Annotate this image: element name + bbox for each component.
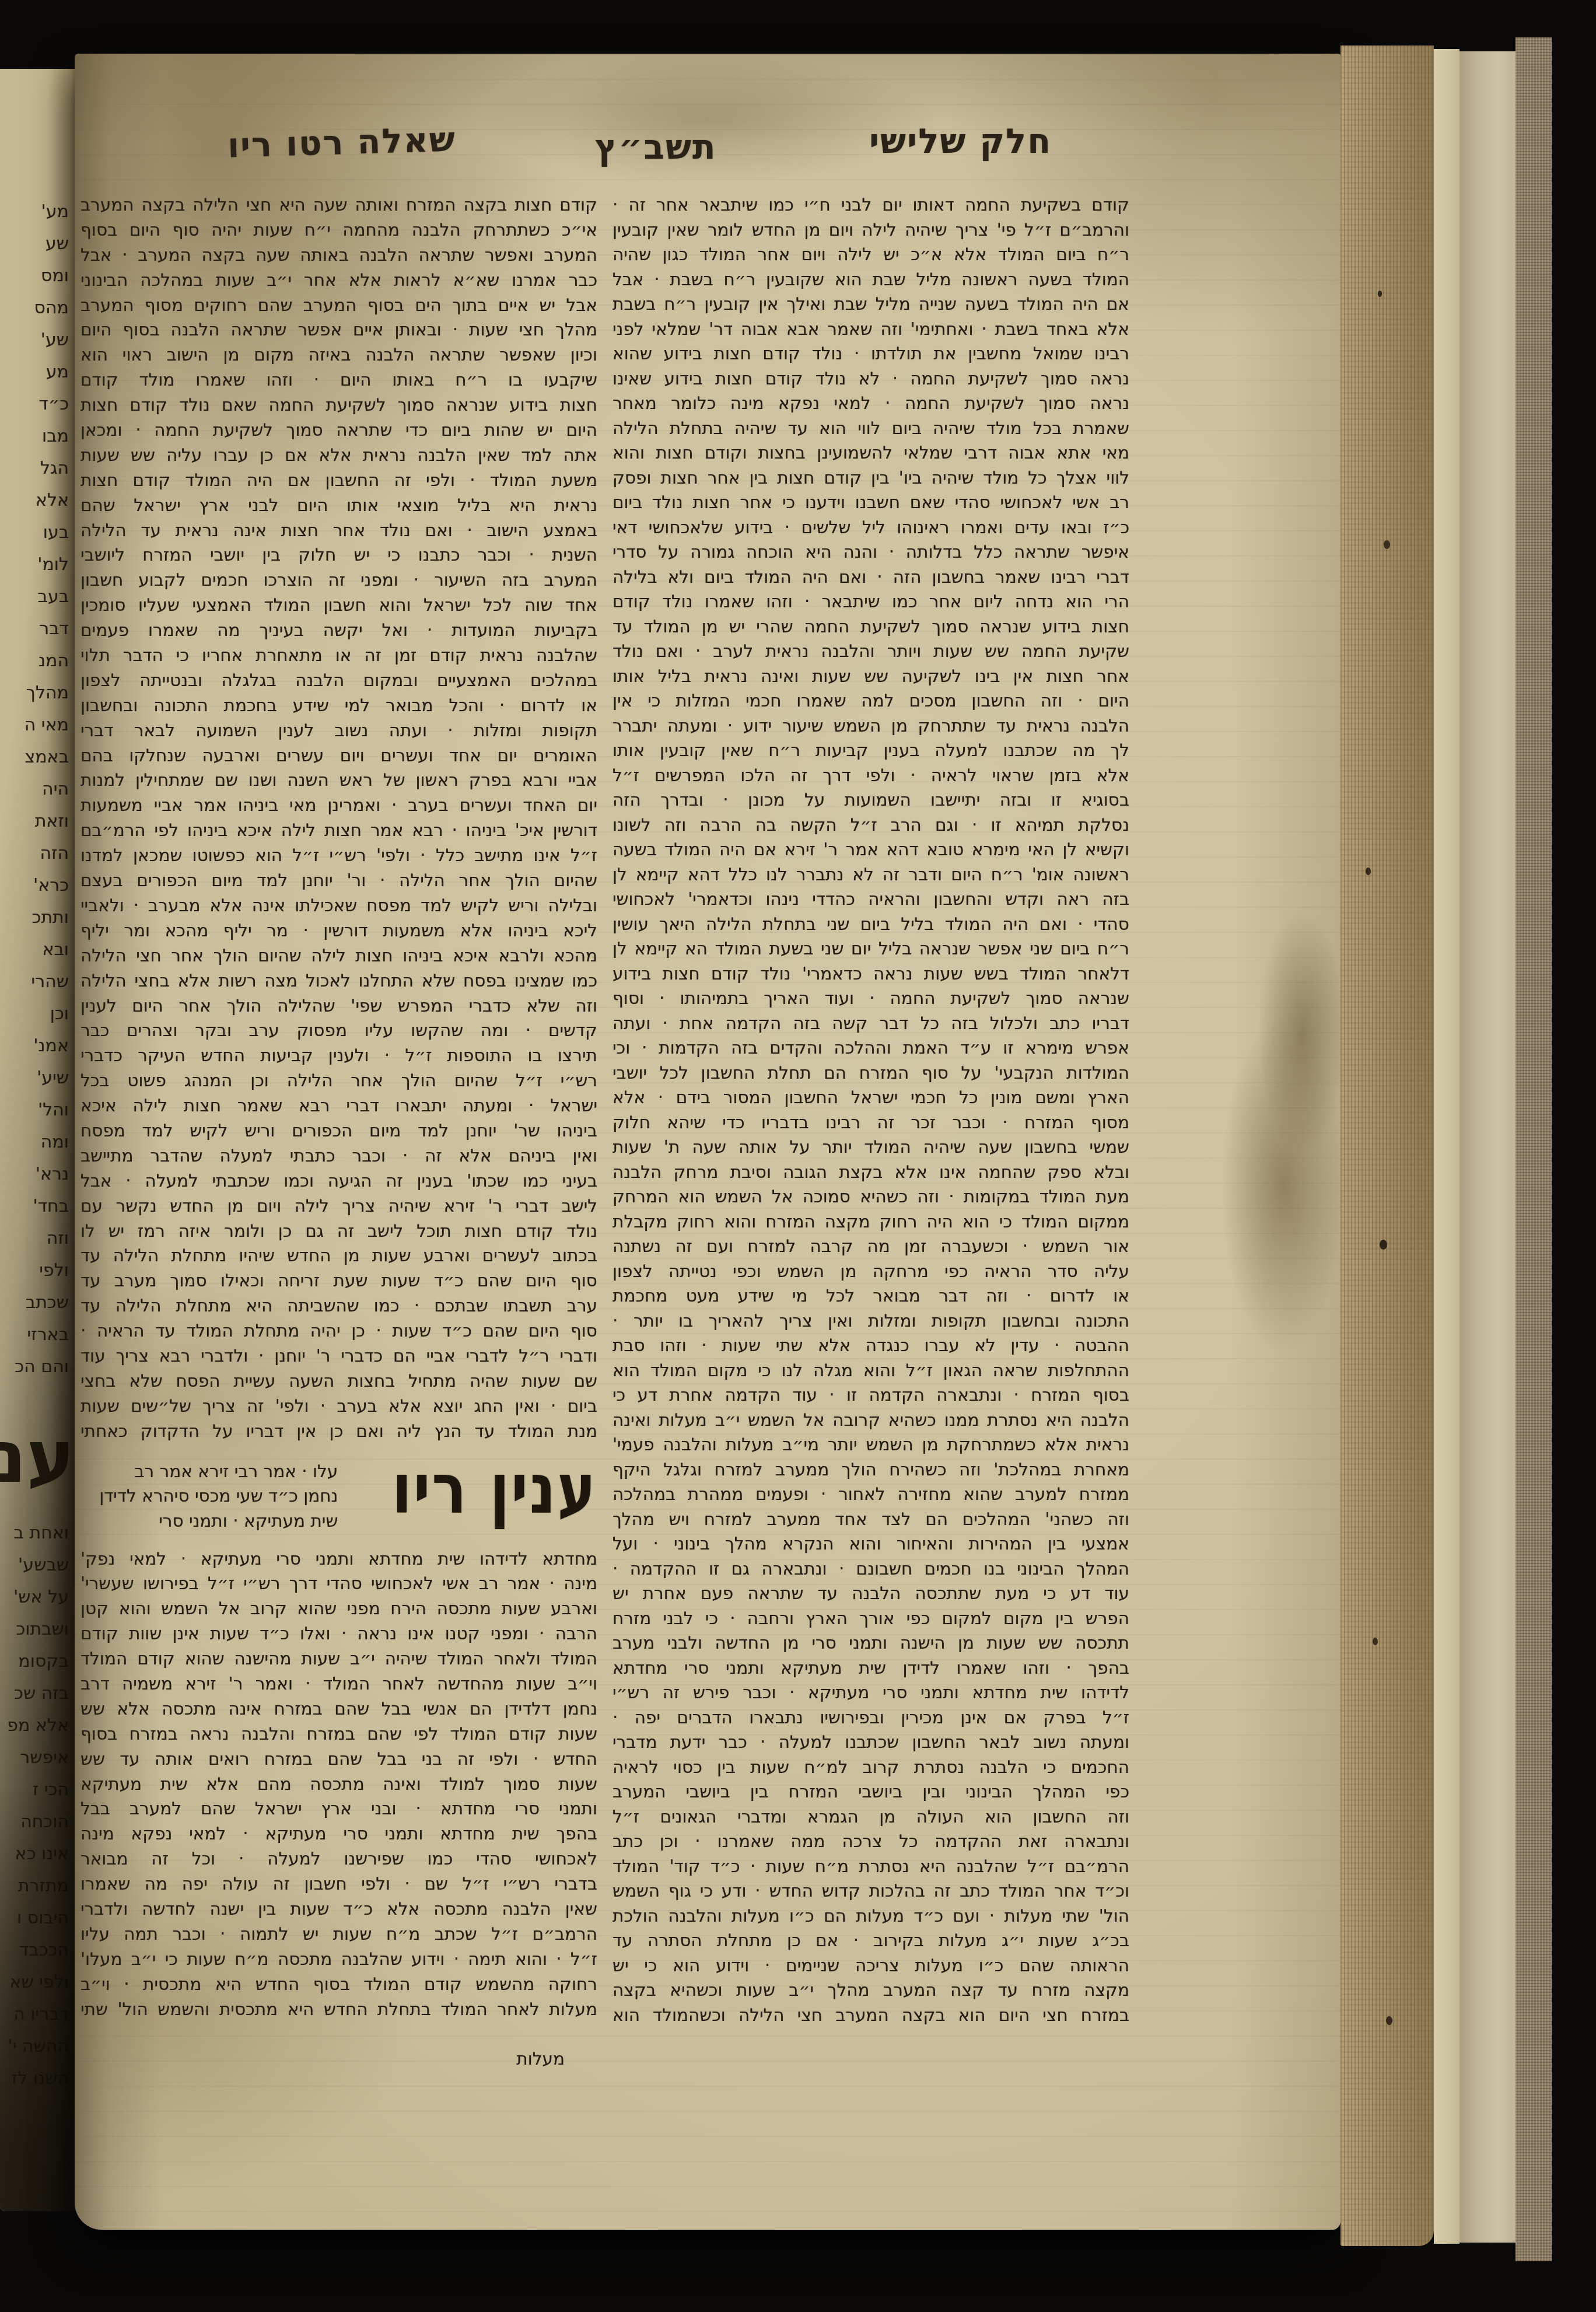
text-line: דברי רבינו שאמר בחשבון הזה · ואם היה המו… (612, 565, 1129, 590)
text-line: המערב ואפשר שתראה הלבנה באותה שעה בקצה ה… (80, 243, 597, 268)
text-line: ראשונה אומ' ר״ח היום ודבר זה לא נתברר לנ… (612, 862, 1129, 887)
facing-page-text-fragment: בעו (0, 516, 71, 548)
text-line: שם שעות שהיה מתחיל בחצות השעה עשיית הפסח… (80, 1369, 597, 1394)
text-line: נחמן דלדידן הם אנשי בבל שהם במזרח אינה מ… (80, 1697, 597, 1722)
text-line: דלאחר המולד בשש שעות נראה כדאמרי' נולד ק… (612, 961, 1129, 987)
facing-page-text-fragment: דבריו ה (0, 1998, 71, 2030)
text-line: חצות בידוע שנראה סמוך לשקיעת החמה שאם נו… (80, 393, 597, 418)
text-line: משעת המולד · ולפי זה החשבון אם היה המולד… (80, 468, 597, 493)
text-line: נראית אלא כשמתרחקת מן השמש יותר מי״ב מעל… (612, 1432, 1129, 1457)
text-line: ז״ל בפרק אם אינן מכירין ובפירושיו נתבארו… (612, 1705, 1129, 1730)
facing-page-text-fragment: והם הכ (0, 1351, 71, 1383)
text-line: נראית היא בליל מוצאי אותו היום לבני ארץ … (80, 493, 597, 518)
text-line: אביי ורבא בפרק ראשון של ראש השנה ושנו שם… (80, 768, 597, 793)
text-line: שהלבנה נראית קודם זמן זה או מתאחרת אחריו… (80, 643, 597, 668)
text-line: היום · וזה החשבון מסכים למה שאמרו חכמי ה… (612, 688, 1129, 713)
text-line: ובלילה וריש לקיש למד מפסח שאכילתו אינה א… (80, 893, 597, 918)
text-line: בזה ראה וקדש והחשבון והראיה כהדדי נינהו … (612, 887, 1129, 912)
facing-page-text-fragment: השנו לז (0, 2062, 71, 2094)
binding-cloth (1515, 37, 1552, 2261)
text-line: קודם בשקיעת החמה דאותו יום לבני ח״י כמו … (612, 193, 1129, 218)
text-line: בהפך שית מחדתא ותמני סרי מעתיקא · למאי נ… (80, 1821, 597, 1846)
facing-page-text-fragment: אלא מפ (0, 1709, 71, 1741)
text-line: או לדרום · וזה דבר מבואר לכל מי שידע מעט… (612, 1283, 1129, 1309)
text-line: סוף היום שהם כ״ד שעות · כן יהיה מתחלת המ… (80, 1318, 597, 1344)
facing-page-text-fragment: וכן (0, 998, 71, 1030)
text-line: ביניהו שר' יוחנן למד מיום הכפורים וריש ל… (80, 1118, 597, 1143)
text-line: נראה סמוך לשקיעת החמה · לא נולד קודם חצו… (612, 366, 1129, 391)
section-heading-row: ענין ריו עלו · אמר רבי זירא אמר רבנחמן כ… (80, 1445, 597, 1545)
text-line: כ״ז ובאו עדים ואמרו ראינוהו ליל שלשים · … (612, 515, 1129, 540)
text-line: מעת המולד במקומות · וזה כשהיא סמוכה אל ה… (612, 1184, 1129, 1209)
facing-page-text-fragment: שע' (0, 324, 71, 356)
text-line: סוף היום שהם כ״ד שעות שעת זריחה וכאילו ס… (80, 1268, 597, 1293)
text-line: מקצה מזרח עד קצה המערב מהלך י״ב שעות וכש… (612, 1978, 1129, 2003)
facing-page-text-fragment: ומה (0, 1126, 71, 1158)
facing-page-text-fragment: וזאת (0, 805, 71, 837)
text-line: רחוקה מהשמש קודם המולד בסוף החדש היא מתכ… (80, 1972, 597, 1997)
text-line: בכ״ג שעות י״ג מעלות בקירוב · אם כן מתחלת… (612, 1928, 1129, 1953)
facing-page-text-fragment: הוכחה (0, 1806, 71, 1838)
text-line: ממקום המולד כי הוא היה רחוק מקצה המזרח ו… (612, 1209, 1129, 1234)
text-line: רבינו שמואל מחשבין את תולדתו · נולד קודם… (612, 341, 1129, 366)
facing-page-text-fragment: באמצ (0, 741, 71, 773)
text-line: אלא באחד בשבת · ואחתימי' וזה שאמר אבא אב… (612, 317, 1129, 342)
text-line: החכמים כי הלבנה נסתרת קרוב למ״ח שעות בין… (612, 1755, 1129, 1780)
text-line: רש״י ז״ל שהיום הולך אחר הלילה וכן המנהג … (80, 1068, 597, 1093)
text-line: במהלכים האמצעיים ובמקום הלבנה בגלגלה ובנ… (80, 668, 597, 693)
text-line: ממזרח למערב שהוא מחזירה לאחור · ופעמים מ… (612, 1482, 1129, 1507)
text-column-left: קודם חצות בקצה המזרח ואותה שעה היא חצי ה… (80, 193, 597, 2072)
facing-page-text-fragment: הכי ז (0, 1774, 71, 1806)
text-line: בסוף המזרח · ונתבארה הקדמה זו · עוד הקדמ… (612, 1383, 1129, 1408)
text-line: מנת המולד עד הנץ ליה ואם כן אין דבריו על… (80, 1419, 597, 1444)
text-line: מאחרת במהלכת' וזה כשהירח הולך ממערב למזר… (612, 1457, 1129, 1482)
facing-page-text-fragment: אלא (0, 484, 71, 516)
facing-page-text-fragment: דבר (0, 613, 71, 645)
text-line: ר״ח ביום שני אפשר שנראה בליל יום שני בשע… (612, 936, 1129, 961)
facing-page-text-fragment: הככבד (0, 1934, 71, 1966)
text-line: לדידהו שית מחדתא ותמני סרי מעתיקא · וכבר… (612, 1680, 1129, 1705)
column-part-after-heading: מחדתא לדידהו שית מחדתא ותמני סרי מעתיקא … (80, 1547, 597, 2047)
text-line: כבר אמרנו שא״א לראות אלא אחר י״ב שעות במ… (80, 268, 597, 293)
fore-edge-specks (1378, 291, 1382, 297)
text-line: ערב תשבתו שבתכם · כמו שהשביתה היא מתחלת … (80, 1293, 597, 1318)
text-line: הלבנה נראית עד שתתרחק מן השמש שיעור ידוע… (612, 713, 1129, 739)
text-line: הפרש בין מקום למקום כפי אורך הארץ ורחבה … (612, 1606, 1129, 1631)
text-line: וארבע שעות מתכסה הירח מפני שהוא קרוב אל … (80, 1596, 597, 1621)
text-line: ותמני סרי מחדתא · ובני ארץ ישראל שהם למע… (80, 1796, 597, 1821)
text-line: שאין הלבנה מתכסה אלא כ״ד שעות בין ישנה ל… (80, 1897, 597, 1922)
text-line: דבריו כתב ולכלול בזה כל דבר קשה בזה הקדמ… (612, 1011, 1129, 1036)
text-line: ההתחלפות שראה הגאון ז״ל והוא מגלה לנו כי… (612, 1358, 1129, 1383)
text-line: בסוגיא זו ובזה יתיישבו השמועות על מכונן … (612, 788, 1129, 813)
text-line: מהלך חצי שעות · ובאותן איים אפשר שתראה ה… (80, 317, 597, 342)
page-block-fore-edge (1340, 46, 1434, 2246)
facing-page-text-fragment: מאי ה (0, 709, 71, 741)
facing-page-text-fragment: נרא' (0, 1158, 71, 1190)
text-line: בהפך · וזהו שאמרו לדידן שית מעתיקא ותמני… (612, 1656, 1129, 1681)
text-line: אור השמש · וכשעברה זמן מה קרבה למזרח ועם… (612, 1234, 1129, 1259)
facing-page-text-fragment: ושבתוכ (0, 1613, 71, 1645)
text-line: נראה סמוך לשקיעת החמה · למאי נפקא מינה כ… (612, 391, 1129, 416)
text-line: אתה למד שאין הלבנה נראית אלא אם כן עברו … (80, 443, 597, 468)
text-line: מהכא ולרבא איכא ביניהו חצות לילה שהיום ה… (80, 943, 597, 968)
text-line: לווי אצלך כל מולד שיהיה ביו' בין קודם חצ… (612, 466, 1129, 491)
facing-page-text-fragment: ולפי שא (0, 1966, 71, 1998)
facing-page-text-fragment: הגל (0, 452, 71, 484)
text-line: הרי הוא נדחה ליום אחר כמו שיתבאר · וזהו … (612, 589, 1129, 614)
facing-page-text-fragment: לומ' (0, 548, 71, 580)
text-line: הרמ״בם ז״ל שהלבנה היא נסתרת מ״ח שעות · כ… (612, 1854, 1129, 1879)
text-line: שעות סמוך למולד ואינה מתכסה מהם אלא שית … (80, 1772, 597, 1797)
text-line: ז״ל · והוא תימה · וידוע שהלבנה מתכסה מ״ח… (80, 1947, 597, 1972)
text-line: וכיון שאפשר שתראה הלבנה באיזה מקום מן הי… (80, 342, 597, 368)
text-line: שהיום הולך אחר הלילה · ור' יוחנן למד מיו… (80, 868, 597, 893)
facing-page-text-fragment: מע (0, 356, 71, 388)
text-line: והרמב״ם ז״ל פי' צריך שיהיה לילה ויום מן … (612, 218, 1129, 243)
text-line: עליה סדר הראיה כפי מרחקה מן השמש וכפי נט… (612, 1259, 1129, 1284)
text-line: מחדתא לדידהו שית מחדתא ותמני סרי מעתיקא … (80, 1547, 597, 1572)
text-line: שיקבעו בו ר״ח באותו היום · וזהו שאמרו מו… (80, 368, 597, 393)
facing-page-fragments-top: מע'שעומסמהסשע'מעכ״דמבוהגלאלאבעולומ'בעבדב… (0, 195, 71, 1383)
text-line: וזה החשבון הוא העולה מן הגמרא ומדברי הגא… (612, 1804, 1129, 1830)
column-part-before-heading: קודם חצות בקצה המזרח ואותה שעה היא חצי ה… (80, 193, 597, 1444)
facing-page-text-fragment: ואחת ב (0, 1517, 71, 1549)
running-header-book-title: תשב״ץ (595, 127, 717, 167)
facing-page-heading-fragment: ענ (0, 1411, 75, 1513)
text-line: שאמרת בכל מולד שיהיה ביום לווי הוא עד שי… (612, 416, 1129, 441)
facing-page-text-fragment: מע' (0, 195, 71, 228)
text-line: מסוף המזרח · וכבר זכר זה רבינו בדבריו כד… (612, 1110, 1129, 1135)
facing-page-text-fragment: בחד' (0, 1190, 71, 1222)
text-line: כפי המהלך הבינוני ובין ביושבי המזרח בין … (612, 1779, 1129, 1804)
facing-page-text-fragment: כ״ד (0, 388, 71, 420)
facing-page-text-fragment: איפשר (0, 1741, 71, 1774)
text-line: שית מעתיקא · ותמני סרי (80, 1509, 338, 1534)
text-line: ואין ביניהם אלא זה · וכבר כתבתי למעלה שה… (80, 1143, 597, 1169)
page-edge-strip (1434, 49, 1459, 2244)
facing-page-text-fragment: ומס (0, 260, 71, 292)
facing-page-text-fragment: מתזרת (0, 1870, 71, 1902)
text-line: ביום · ואין החג יוצא אלא בערב · ולפי' זה… (80, 1394, 597, 1419)
text-line: שנראה סמוך לשקיעת החמה · ועוד האריך בתמי… (612, 986, 1129, 1011)
facing-page-text-fragment: היה (0, 773, 71, 805)
text-line: הלבנה היא נסתרת ממנו כשהיא קרובה אל השמש… (612, 1408, 1129, 1433)
text-line: וי״ב שעות מהחדשה לאחר המולד · ואמר ר' זי… (80, 1671, 597, 1697)
text-line: או לדרום · והכל מבואר למי שידע בחכמת התכ… (80, 693, 597, 718)
facing-page-text-fragment: ותתכ (0, 901, 71, 933)
text-line: וזה שלא כדברי המפרש שפי' שהלילה הולך אחר… (80, 994, 597, 1019)
text-line: כמו שמצינו בפסח שלא התחלנו לאכול מצה רשו… (80, 968, 597, 994)
text-line: איפשר שתראה כלל בדלותה · והנה היא הוכחה … (612, 540, 1129, 565)
facing-page-text-fragment: מהלך (0, 677, 71, 709)
column-last-word: מעלות (80, 2047, 597, 2072)
text-line: מאי אתא אבוה דרבי שמלאי להשמועינן בחצות … (612, 440, 1129, 466)
text-line: הול' שתי מעלות · ועם כ״ד מעלות הם כ״ו מע… (612, 1904, 1129, 1929)
text-line: ז״ל אינו מתישב כלל · ולפי' רש״י ז״ל הוא … (80, 843, 597, 868)
facing-page-text-fragment: בעב (0, 580, 71, 613)
facing-page-text-fragment: המנ (0, 645, 71, 677)
text-line: לישב דברי ר' זירא שיהיה צריך לילה ויום מ… (80, 1194, 597, 1219)
text-line: האומרים יום אחד ועשרים ויום עשרים וארבעה… (80, 743, 597, 768)
text-column-right: קודם בשקיעת החמה דאותו יום לבני ח״י כמו … (612, 193, 1129, 2027)
facing-page-text-fragment: ההשה י' (0, 2030, 71, 2062)
facing-page-fragments-bottom: ואחת בשבשע'על אש'ושבתוכבקסומבזה שכאלא מפ… (0, 1517, 71, 2094)
text-line: מינה · אמר רב אשי לאכחושי סהדי דרך רש״י … (80, 1571, 597, 1596)
text-line: במזרח חצי היום הוא בקצה המערב חצי הלילה … (612, 2003, 1129, 2028)
text-line: אמצעי בין המהירות והאיחור והוא הנקרא מהל… (612, 1531, 1129, 1557)
text-line: נסלקת תמיהא זו · וגם הרב ז״ל הקשה בה הרב… (612, 813, 1129, 838)
text-line: מעלות לאחר המולד בתחלת החדש היא מתכסית ו… (80, 1997, 597, 2022)
text-line: אי״כ כשתתרחק הלבנה מהחמה י״ח שעות יהיה ס… (80, 218, 597, 243)
text-line (80, 2021, 597, 2047)
facing-page-text-fragment: שע (0, 228, 71, 260)
facing-page-text-fragment: בארזי (0, 1318, 71, 1351)
text-line: אפרש מימרא זו ע״ד האמת וההלכה והקדים בזה… (612, 1036, 1129, 1061)
text-line: שקיעת החמה שש שעות ויותר והלבנה נראית לע… (612, 639, 1129, 664)
text-line: הארץ ומשם מונין כל חכמי ישראל החשבון המס… (612, 1085, 1129, 1110)
facing-page-text-fragment: ולפי (0, 1254, 71, 1286)
text-line: ובלא ספק שהחמה אינו אלא בקצת הגובה וסיבת… (612, 1160, 1129, 1185)
facing-page-text-fragment: מהס (0, 292, 71, 324)
text-line: המולדות הנקבעי' על סוף המזרח הם תחלת החש… (612, 1061, 1129, 1086)
text-line: הראותה שהם כ״ו מעלות צריכה שניימים · ויד… (612, 1953, 1129, 1978)
text-line: לך מה שכתבנו למעלה בענין קביעות ר״ח שאין… (612, 738, 1129, 763)
section-heading: ענין ריו (392, 1445, 597, 1545)
text-line: חצות בידוע שנראה סמוך לשקיעת החמה שהרי י… (612, 614, 1129, 639)
facing-page-text-fragment: שהרי (0, 966, 71, 998)
facing-page-text-fragment: שכתב (0, 1286, 71, 1318)
facing-page-text-fragment: שבשע' (0, 1549, 71, 1581)
text-line: השנית · וכבר כתבנו כי יש חלוק בין יושבי … (80, 543, 597, 568)
text-line: בכתוב לעשרים וארבע שעות מן החדש שיהיו מת… (80, 1243, 597, 1268)
text-line: שמשי בחשבון שעה שיהיה המולד יותר על אותה… (612, 1135, 1129, 1160)
text-line: יום האחד ועשרים בערב · ואמרינן מאי ביניה… (80, 793, 597, 818)
facing-page-text-fragment: בקסומ (0, 1645, 71, 1677)
facing-page-text-fragment: אמנ' (0, 1030, 71, 1062)
facing-page-text-fragment: הזה (0, 837, 71, 869)
facing-page-text-fragment: מבו (0, 420, 71, 452)
text-line: תקופות ומזלות · ועתה נשוב לענין השמועה ל… (80, 718, 597, 743)
text-line: דורשין איכ' ביניהו · רבא אמר חצות לילה א… (80, 818, 597, 843)
text-line: תתכסה שש שעות מן הישנה ותמני סרי מן החדש… (612, 1631, 1129, 1656)
text-line: ר״ח ביום המולד אלא א״כ יש לילה ויום אחר … (612, 242, 1129, 267)
text-line: קודם חצות בקצה המזרח ואותה שעה היא חצי ה… (80, 193, 597, 218)
text-line: אחר חצות אין בינו לשקיעה שש שעות ואינה נ… (612, 664, 1129, 689)
text-line: בעיני כמו שכתו' בענין זה הגיעה וכמו שכתב… (80, 1169, 597, 1194)
text-line: נולד קודם חצות תוכל לישב זה גם כן ולומר … (80, 1219, 597, 1244)
text-line: המולד ולאחר המולד שיהיה י״ב שעות מהישנה … (80, 1646, 597, 1671)
text-line: ודברי ר״ל לדברי אביי הם כדברי ר' יוחנן ·… (80, 1344, 597, 1369)
text-line: אבל יש איים בתוך הים בסוף המערב שהם רחוק… (80, 293, 597, 318)
text-line: בדברי רש״י ז״ל שם · ולפי חשבון זה עולה י… (80, 1872, 597, 1897)
text-line: הרבה · ומפני קטנו אינו נראה · ואלו כ״ד ש… (80, 1621, 597, 1646)
flyleaf-edge (1459, 51, 1515, 2243)
book-page: חלק שלישי תשב״ץ שאלה רטו ריו קודם בשקיעת… (75, 54, 1340, 2230)
text-line: ונתבארה זאת ההקדמה כל צרכה ממה שאמרנו · … (612, 1829, 1129, 1854)
text-line: אלא בזמן שראוי לראיה · ולפי דרך זה הלכו … (612, 763, 1129, 788)
facing-page-text-fragment: על אש' (0, 1581, 71, 1613)
facing-page-text-fragment: שיע' (0, 1062, 71, 1094)
text-line: ישראל · ומעתה יתבארו דברי רבא שאמר חצות … (80, 1093, 597, 1118)
facing-page-text-fragment: וזה (0, 1222, 71, 1254)
text-line: הרמב״ם ז״ל שכתב מ״ח שעות יש לתמוה · וכבר… (80, 1922, 597, 1947)
text-line: המערב בזה השיעור · ומפני זה הוצרכו חכמים… (80, 568, 597, 593)
text-line: אם היה המולד בשעה שנייה מליל שבת ואילך א… (612, 292, 1129, 317)
text-line: בקביעות המועדות · ואל יקשה בעיניך מה שאמ… (80, 618, 597, 643)
heading-side-lines: עלו · אמר רבי זירא אמר רבנחמן כ״ד שעי מכ… (80, 1445, 353, 1545)
text-line: ההבטה · עדין לא עברו כנגדה אלא שתי שעות … (612, 1333, 1129, 1358)
text-line: ומעתה נשוב לבאר החשבון שכתבנו למעלה · כב… (612, 1730, 1129, 1755)
text-line: היום יש שהות ביום כדי שתראה סמוך לשקיעת … (80, 418, 597, 443)
text-line: באמצע הישוב · ואם נולד אחר חצות אינה נרא… (80, 518, 597, 543)
facing-page-text-fragment: היבוס ו (0, 1902, 71, 1934)
text-line: עוד דע כי מעת שתתכסה הלבנה עד שתראה פעם … (612, 1581, 1129, 1606)
text-line: נחמן כ״ד שעי מכסי סיהרא לדידן (80, 1484, 338, 1509)
facing-page-text-fragment: בזה שכ (0, 1677, 71, 1709)
text-line: קדשים · ומה שהקשו עליו מפסוק ערב ובקר וצ… (80, 1018, 597, 1043)
text-line: ליכא ביניהו אלא משמעות דורשין · מר יליף … (80, 918, 597, 943)
text-line: אחד שוה לכל ישראל והוא חשבון המולד האמצע… (80, 593, 597, 618)
text-line: רב אשי לאכחושי סהדי שאם חשבנו וידענו כי … (612, 490, 1129, 515)
text-line: שעות קודם המולד לפי שהם במזרח והלבנה נרא… (80, 1722, 597, 1747)
text-line: המהלך הבינוני בנו חכמים חשבונם · ונתבארה… (612, 1557, 1129, 1582)
running-header-part-label: חלק שלישי (869, 121, 1052, 161)
text-line: סהדי · ואם היה המולד בליל ביום שני בתחלת… (612, 912, 1129, 937)
facing-page-text-fragment: ובא (0, 933, 71, 966)
facing-page-text-fragment: אינו כא (0, 1838, 71, 1870)
text-line: התכונה ובחשבון תקופות ומזלות ואין צריך ל… (612, 1309, 1129, 1334)
text-line: החדש · ולפי זה בני בבל שהם במזרח רואים א… (80, 1747, 597, 1772)
text-line: וזה כשהני' המהלכים הם לצד אחד ממערב למזר… (612, 1507, 1129, 1532)
facing-page-text-fragment: והל' (0, 1094, 71, 1126)
running-header-question-numbers: שאלה רטו ריו (227, 120, 456, 166)
text-line: וקשיא לן האי מימרא טובא דהא אמר ר' זירא … (612, 837, 1129, 862)
facing-page-text-fragment: כרא' (0, 869, 71, 901)
text-line: המולד בשעה ראשונה מליל שבת הוא שקובעין ר… (612, 267, 1129, 292)
text-line: עלו · אמר רבי זירא אמר רב (80, 1459, 338, 1484)
text-line: וכ״ד אחר המולד כתב זה בהלכות קדוש החדש ·… (612, 1879, 1129, 1904)
text-line: לאכחושי סהדי כמו שפירשנו למעלה · וכל זה … (80, 1846, 597, 1872)
text-line: תירצו בו התוספות ז״ל · ולענין קביעות החד… (80, 1043, 597, 1068)
